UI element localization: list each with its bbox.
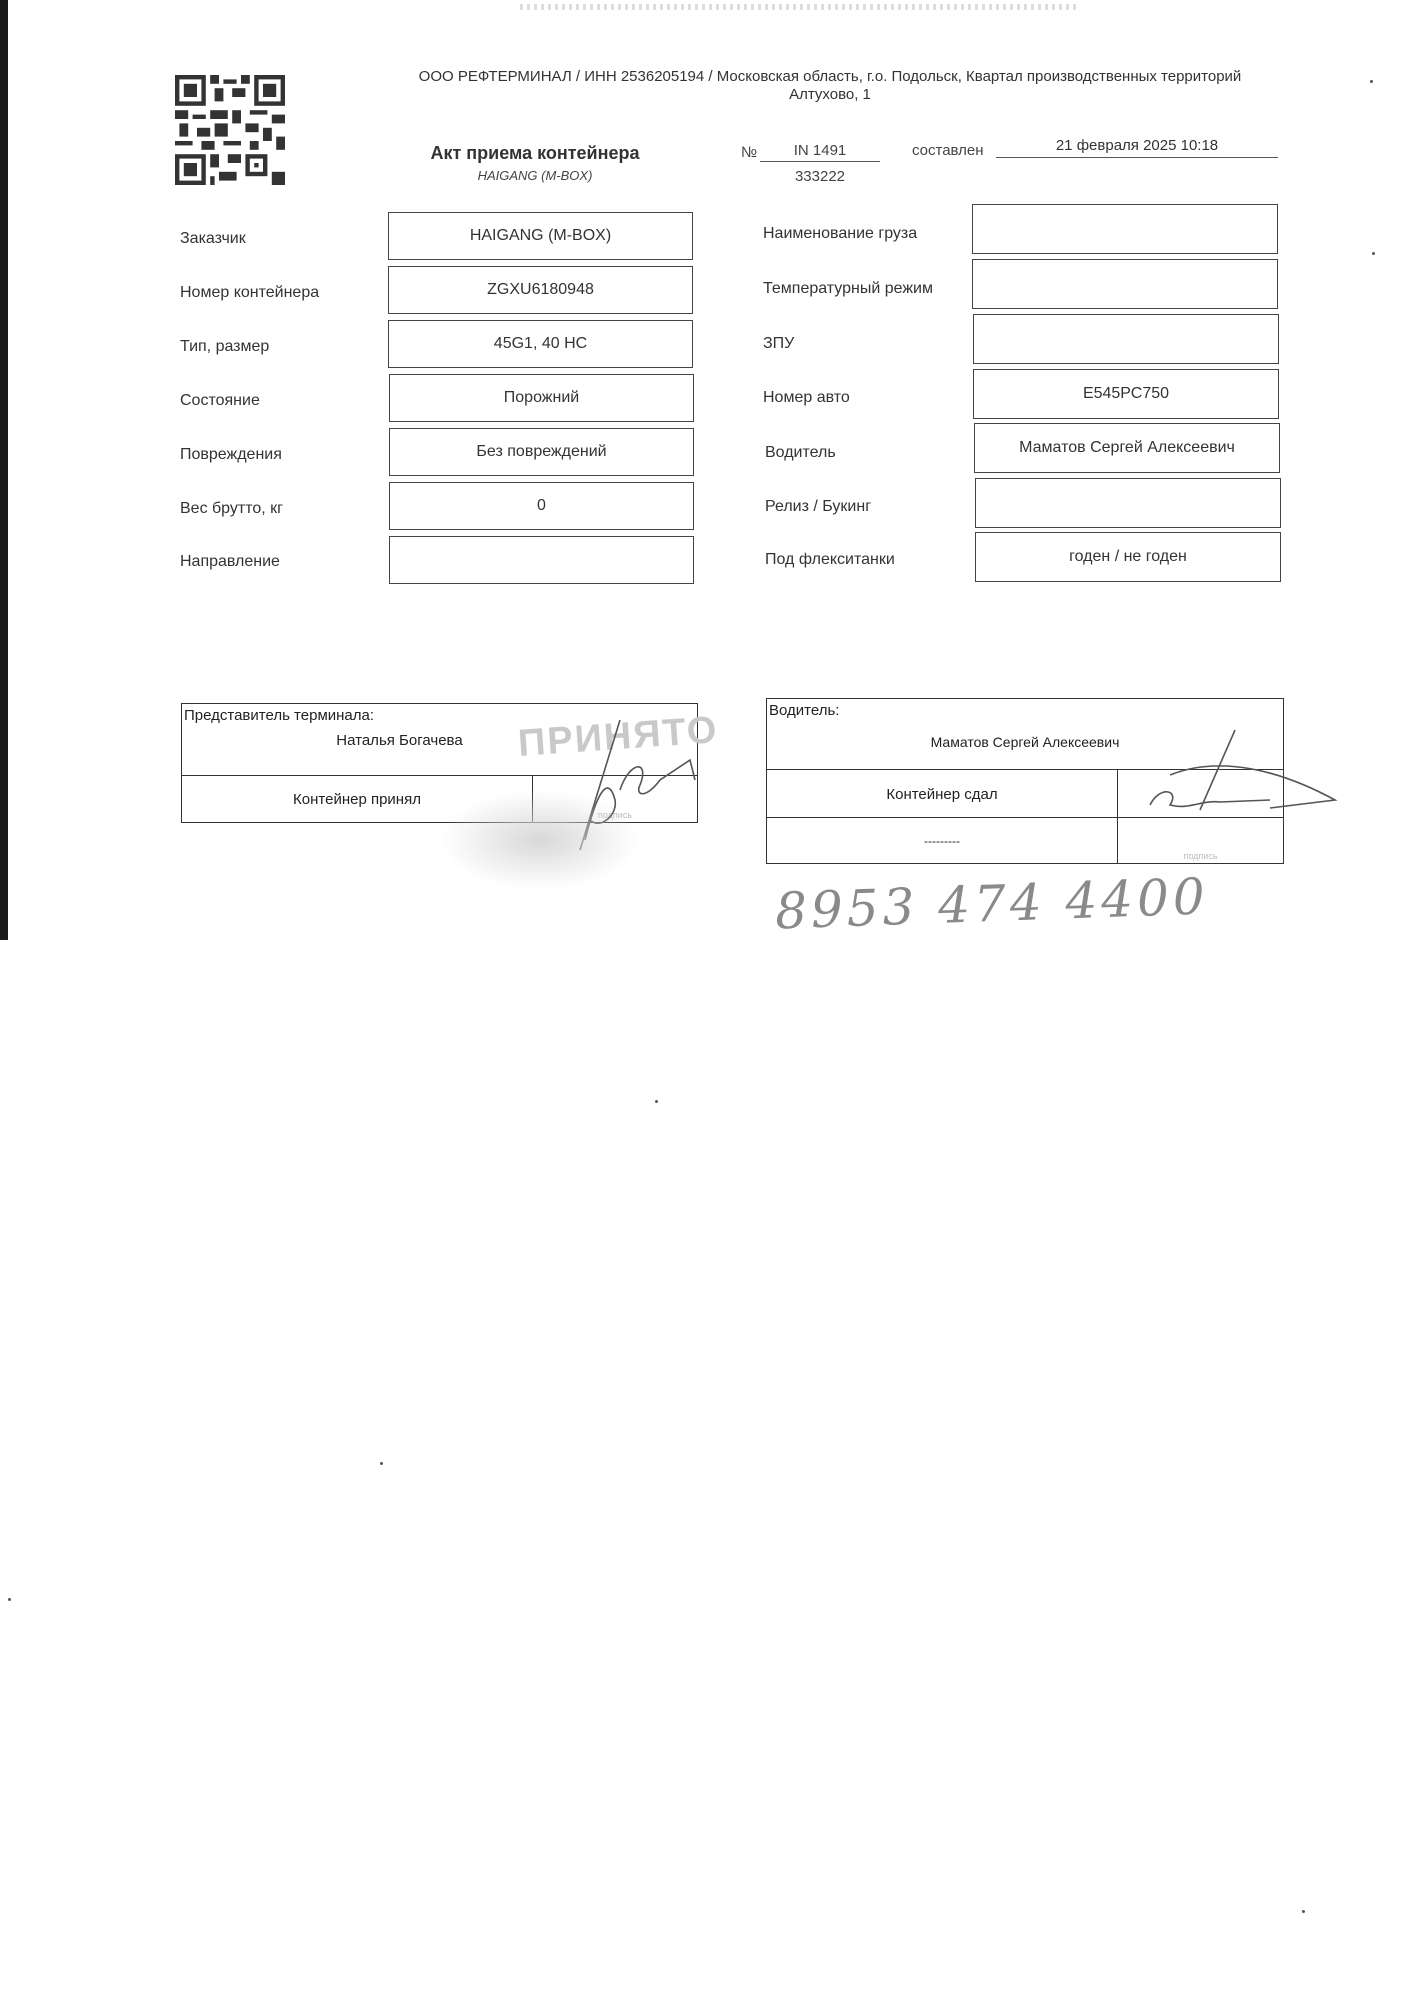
field-value-temperature [972,259,1278,309]
driver-blank-value: --------- [767,818,1117,863]
organization-header: ООО РЕФТЕРМИНАЛ / ИНН 2536205194 / Моско… [380,68,1280,104]
document-title-block: Акт приема контейнера HAIGANG (M-BOX) [400,143,670,183]
field-label-cargo-name: Наименование груза [763,225,917,243]
organization-line-1: ООО РЕФТЕРМИНАЛ / ИНН 2536205194 / Моско… [380,68,1280,86]
driver-caption-cell: подпись [1117,818,1283,863]
field-label-flexitank: Под флекситанки [765,551,895,569]
field-value-cargo-name [972,204,1278,254]
field-label-condition: Состояние [180,392,260,410]
scan-noise [520,4,1080,10]
field-value-release-booking [975,478,1281,528]
qr-code-icon [175,75,285,185]
scan-speck [1302,1910,1305,1913]
field-value-condition: Порожний [389,374,694,422]
scan-speck [8,1598,11,1601]
document-number-sub: 333222 [760,168,880,185]
field-value-gross-weight: 0 [389,482,694,530]
driver-blank-row: --------- подпись [767,817,1283,863]
field-value-driver: Маматов Сергей Алексеевич [974,423,1280,473]
field-value-seal [973,314,1279,364]
document-subtitle: HAIGANG (M-BOX) [400,168,670,183]
field-value-container-number: ZGXU6180948 [388,266,693,314]
field-label-gross-weight: Вес брутто, кг [180,500,283,518]
field-label-driver: Водитель [765,444,836,462]
field-label-damage: Повреждения [180,446,282,464]
scan-speck [380,1462,383,1465]
field-label-temperature: Температурный режим [763,280,933,298]
field-label-customer: Заказчик [180,230,246,248]
scan-speck [655,1100,658,1103]
field-value-flexitank: годен / не годен [975,532,1281,582]
driver-action-label: Контейнер сдал [767,770,1117,818]
field-label-seal: ЗПУ [763,335,794,353]
field-value-direction [389,536,694,584]
field-label-container-number: Номер контейнера [180,284,319,302]
composed-label: составлен [912,142,984,159]
driver-signature-scribble-icon [1140,730,1340,820]
field-value-vehicle-number: Е545РС750 [973,369,1279,419]
driver-signature-heading: Водитель: [767,699,1283,722]
scan-smudge [440,790,640,890]
field-label-direction: Направление [180,553,280,571]
field-value-customer: HAIGANG (M-BOX) [388,212,693,260]
field-label-type-size: Тип, размер [180,338,269,356]
scan-edge [0,0,8,940]
number-label: № [741,144,757,161]
scan-speck [1370,80,1373,83]
field-value-type-size: 45G1, 40 HC [388,320,693,368]
field-value-damage: Без повреждений [389,428,694,476]
document-title: Акт приема контейнера [400,143,670,164]
scan-speck [1372,252,1375,255]
field-label-release-booking: Релиз / Букинг [765,498,871,516]
field-label-vehicle-number: Номер авто [763,389,850,407]
composed-date: 21 февраля 2025 10:18 [996,137,1278,158]
document-number: IN 1491 [760,142,880,162]
organization-line-2: Алтухово, 1 [380,86,1280,104]
handwritten-phone-number: 8953 474 4400 [774,867,1209,940]
driver-signature-caption: подпись [1118,851,1283,861]
